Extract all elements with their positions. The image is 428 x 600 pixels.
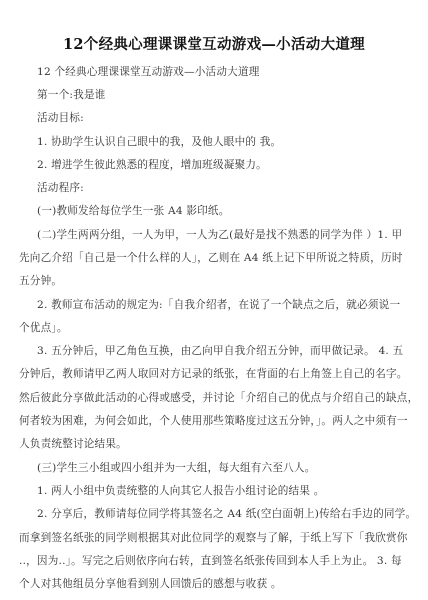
text-line: 个人对其他组员分享他看到别人回馈后的感想与收获 。 (19, 576, 282, 591)
text-line: (三)学生三小组或四小组并为一大组，每大组有六至八人。 (37, 460, 316, 475)
document-page: 12个经典心理课课堂互动游戏—小活动大道理 12 个经典心理课课堂互动游戏—小活… (0, 0, 428, 600)
text-line: (二)学生两两分组，一人为甲，一人为乙(最好是找不熟悉的同学为伴 ）1. 甲 (37, 227, 402, 242)
text-line: 3. 五分钟后，甲乙角色互换，由乙向甲自我介绍五分钟，而甲做记录。 4. 五 (37, 343, 403, 358)
text-line: 个优点」。 (19, 320, 68, 335)
text-line: ..，因为..」。写完之后则依序向右转，直到签名纸张传回到本人手上为止。 3. … (19, 553, 402, 568)
text-line: 活动目标: (37, 110, 84, 125)
text-line: 五分钟。 (19, 273, 62, 288)
text-line: 1. 协助学生认识自己眼中的我，及他人眼中的 我。 (37, 134, 281, 149)
document-title: 12个经典心理课课堂互动游戏—小活动大道理 (0, 33, 428, 54)
text-line: (一)教师发给每位学生一张 A4 影印纸。 (37, 203, 230, 218)
text-line: 第一个:我是谁 (37, 87, 106, 102)
text-line: 先向乙介绍「自己是一个什么样的人」，乙则在 A4 纸上记下甲所说之特质，历时 (19, 250, 403, 265)
text-line: 分钟后，教师请甲乙两人取回对方记录的纸张，在背面的右上角签上自己的名字。 (19, 366, 408, 381)
text-line: 活动程序: (37, 180, 84, 195)
text-line: 2. 增进学生彼此熟悉的程度，增加班级凝聚力。 (37, 157, 267, 172)
text-line: 12 个经典心理课课堂互动游戏—小活动大道理 (37, 64, 260, 79)
text-line: 1. 两人小组中负责统整的人向其它人报告小组讨论的结果 。 (37, 483, 324, 498)
text-line: 而拿到签名纸张的同学则根据其对此位同学的观察与了解，于纸上写下「我欣赏你 (19, 530, 408, 545)
text-line: 人负责统整讨论结果。 (19, 436, 127, 451)
text-line: 然后彼此分享做此活动的心得或感受，并讨论「介绍自己的优点与介绍自己的缺点， (19, 390, 418, 405)
text-line: 2. 分享后，教师请每位同学将其签名之 A4 纸(空白面朝上)传给右手边的同学。 (37, 506, 416, 521)
text-line: 何者较为困难，为何会如此，个人使用那些策略度过这五分钟，」。两人之中须有一 (19, 413, 408, 428)
text-line: 2. 教师宣布活动的规定为:「自我介绍者，在说了一个缺点之后，就必须说一 (37, 297, 400, 312)
